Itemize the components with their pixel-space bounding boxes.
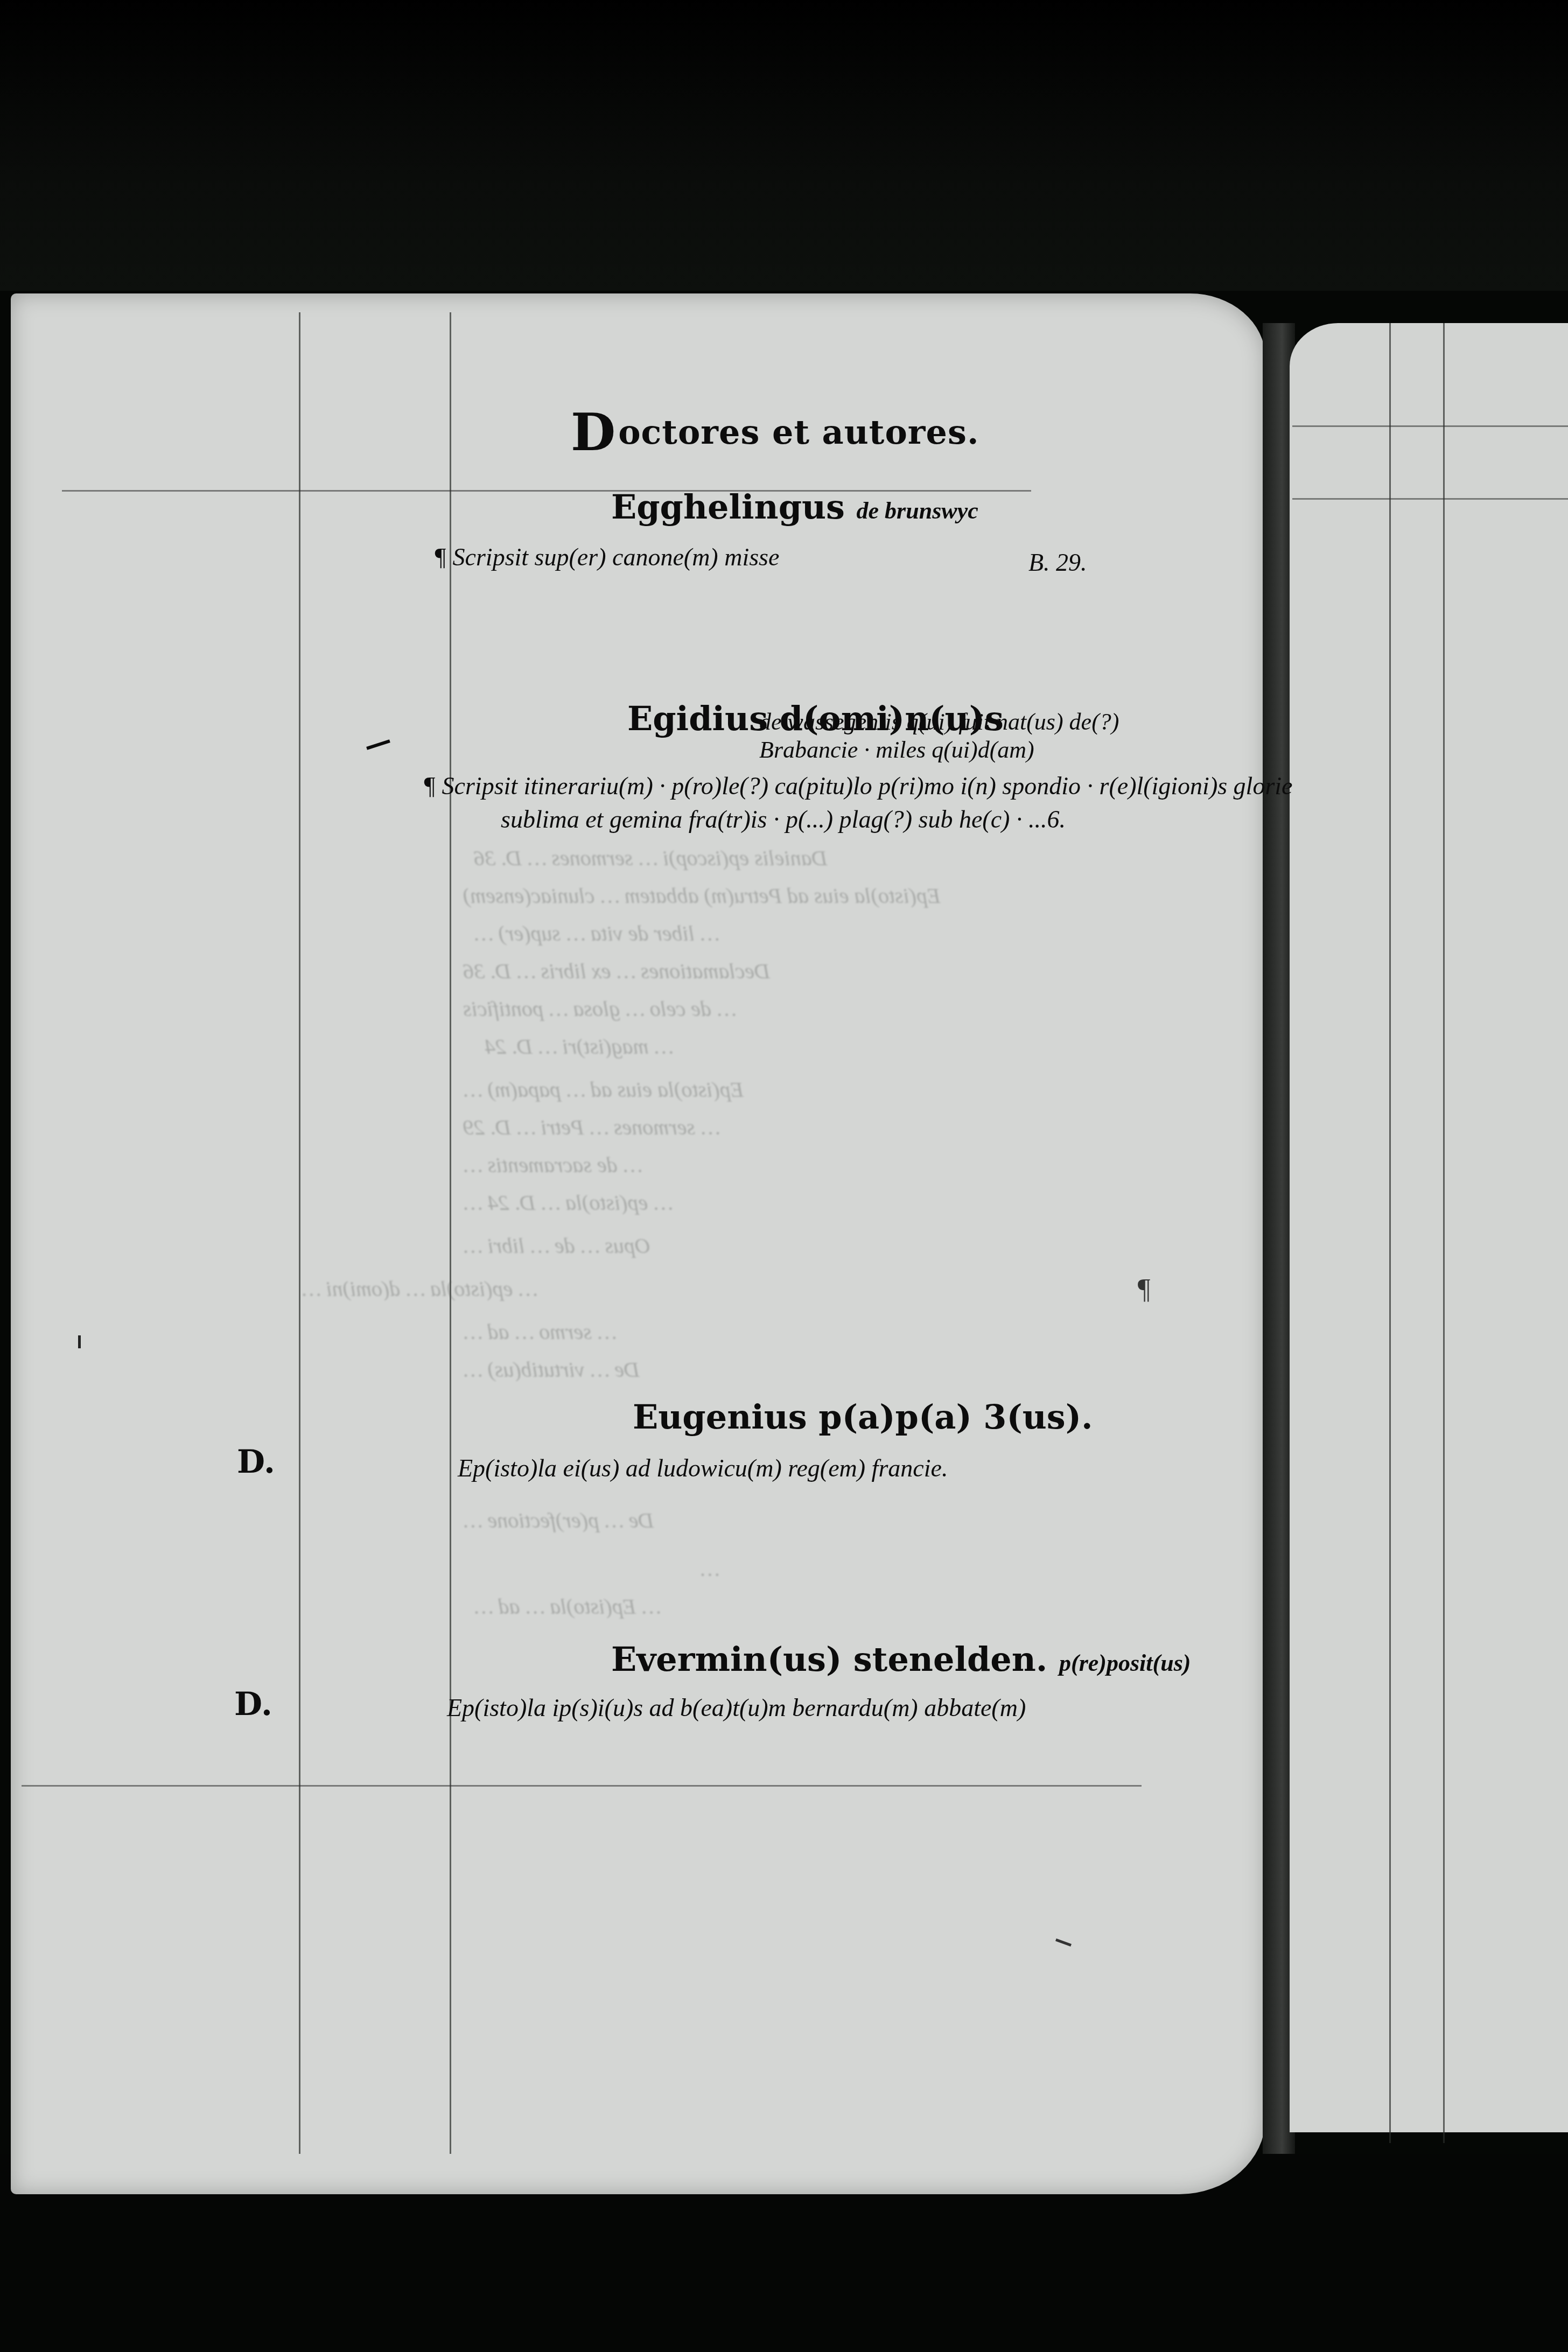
bleed-through-text: Ep(isto)la eius ad Petru(m) abbatem … cl…	[463, 883, 940, 908]
entry-reference: B. 29.	[1028, 548, 1087, 577]
margin-mark: D.	[234, 1685, 272, 1723]
bleed-through-text: … ep(isto)la … D. 24 …	[463, 1190, 673, 1215]
entry-line: ¶ Scripsit itinerariu(m) · p(ro)le(?) ca…	[423, 772, 1293, 800]
bleed-through-text: Ep(isto)la eius ad … papa(m) …	[463, 1077, 744, 1102]
margin-mark: D.	[237, 1443, 275, 1481]
ruling-facing-1	[1389, 323, 1391, 2143]
bleed-through-text: … Ep(isto)la … ad …	[474, 1594, 661, 1619]
entry-line: Ep(isto)la ip(s)i(u)s ad b(ea)t(u)m bern…	[447, 1693, 1026, 1722]
bleed-through-text: De … p(er)fectione …	[463, 1508, 654, 1533]
bleed-through-text: De … virtutib(us) …	[463, 1357, 640, 1382]
bleed-through-text: … ep(isto)la … d(omi)ni …	[302, 1276, 537, 1301]
entry-line: sublima et gemina fra(tr)is · p(...) pla…	[501, 805, 1066, 834]
entry-name: Eugenius p(a)p(a) 3(us).	[633, 1397, 1093, 1437]
ruling-facing-2	[1443, 323, 1445, 2143]
bleed-paragraph-mark: ¶	[1136, 1273, 1151, 1305]
film-border-top	[0, 0, 1568, 291]
bleed-through-text: … liber de vita … sup(er) …	[474, 921, 719, 946]
entry-heading: Egghelingus de brunswyc	[611, 487, 978, 527]
entry-name: Egghelingus	[611, 487, 845, 527]
entry-heading: Evermin(us) stenelden. p(re)posit(us)	[611, 1640, 1191, 1679]
facing-page-edge	[1290, 323, 1568, 2132]
bleed-through-text: … sermones … Petri … D. 29	[463, 1115, 720, 1140]
ruling-facing-top	[1292, 425, 1568, 427]
page-title: Doctores et autores.	[571, 407, 979, 458]
stray-mark	[78, 1335, 81, 1348]
ruling-margin-inner	[450, 312, 451, 2154]
bleed-through-text: … mag(ist)ri … D. 24	[485, 1034, 673, 1059]
ruling-facing-2nd	[1292, 498, 1568, 500]
page-title-text: octores et autores.	[618, 412, 979, 452]
entry-heading-suffix: de wassegeniis q(ui) fuit nat(us) de(?) …	[759, 708, 1217, 764]
ruling-margin-outer	[299, 312, 300, 2154]
entry-heading: Eugenius p(a)p(a) 3(us).	[633, 1397, 1093, 1437]
entry-heading-suffix: de brunswyc	[857, 498, 978, 524]
bleed-through-text: … sermo … ad …	[463, 1319, 616, 1345]
bleed-through-text: … de celo … glosa … pontificis	[463, 996, 736, 1021]
bleed-through-text: …	[700, 1556, 719, 1581]
entry-name: Evermin(us) stenelden.	[611, 1640, 1047, 1679]
bleed-through-text: Opus … de … libri …	[463, 1233, 650, 1258]
bleed-through-text: Danielis ep(iscop)i … sermones … D. 36	[474, 845, 828, 871]
entry-line: ¶ Scripsit sup(er) canone(m) misse	[433, 543, 779, 571]
entry-heading-suffix: p(re)posit(us)	[1059, 1650, 1191, 1676]
ruling-bottom	[22, 1785, 1142, 1787]
entry-line: Ep(isto)la ei(us) ad ludowicu(m) reg(em)…	[458, 1454, 948, 1482]
bleed-through-text: … de sacramentis …	[463, 1152, 642, 1178]
bleed-through-text: Declamationes … ex libris … D. 36	[463, 958, 770, 984]
decorated-initial: D	[571, 402, 616, 463]
